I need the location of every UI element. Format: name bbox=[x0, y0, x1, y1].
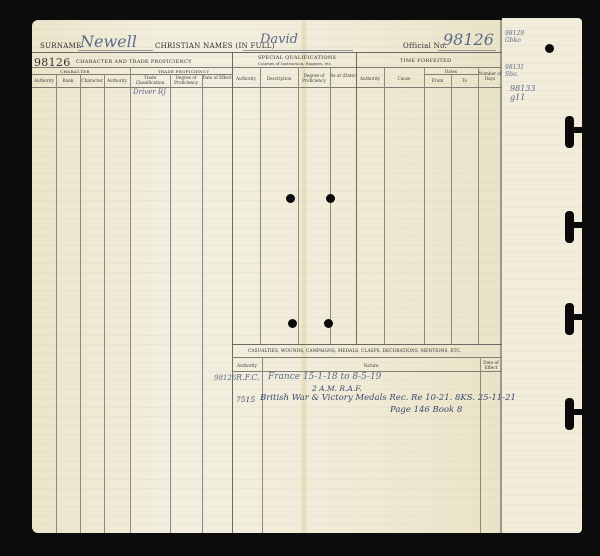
punch-hole-icon bbox=[326, 194, 335, 203]
christian-names-label: CHRISTIAN NAMES (in full) bbox=[155, 42, 275, 50]
col-divider bbox=[424, 67, 425, 344]
binder-clip-bar bbox=[570, 222, 584, 228]
surname-label: SURNAME bbox=[40, 42, 82, 50]
punch-hole-icon bbox=[286, 194, 295, 203]
sq-col-degree: Degree of Proficiency bbox=[298, 73, 330, 83]
cas-col-date: Date of Effect bbox=[480, 360, 502, 370]
margin-note: 98131 Sbo. bbox=[505, 64, 535, 78]
col-divider bbox=[130, 67, 131, 533]
binder-clip-bar bbox=[570, 409, 584, 415]
sq-col-authority: Authority bbox=[232, 76, 260, 81]
casualties-title: CASUALTIES, WOUNDS, CAMPAIGNS, MEDALS, C… bbox=[248, 349, 461, 354]
surname-value: Newell bbox=[80, 32, 137, 51]
christian-names-underline bbox=[243, 50, 353, 51]
tf-col-from: From bbox=[424, 78, 451, 83]
column-header-rule bbox=[32, 87, 502, 88]
col-divider bbox=[478, 67, 479, 344]
rule bbox=[232, 67, 356, 68]
header-rule bbox=[32, 52, 502, 53]
col-authority-2: Authority bbox=[104, 78, 130, 83]
punch-hole-icon bbox=[324, 319, 333, 328]
col-trade-classification: Trade Classification bbox=[130, 75, 170, 85]
official-no-label: Official No. bbox=[403, 42, 447, 50]
tf-col-authority: Authority bbox=[356, 76, 384, 81]
service-record-card bbox=[32, 20, 504, 533]
special-qualifications-subtitle: Courses of Instruction, Engines, etc. bbox=[234, 61, 356, 66]
col-divider bbox=[202, 74, 203, 533]
col-divider bbox=[384, 67, 385, 344]
tf-col-to: To bbox=[451, 78, 478, 83]
official-no-underline bbox=[438, 50, 496, 51]
casualty-nature: 2 A.M. R.A.F. bbox=[312, 384, 362, 393]
tf-col-cause: Cause bbox=[384, 76, 424, 81]
margin-note: 98133 g11 bbox=[510, 84, 540, 102]
casualties-top-rule bbox=[232, 344, 502, 345]
col-authority: Authority bbox=[32, 78, 56, 83]
casualty-nature: British War & Victory Medals Rec. Re 10-… bbox=[260, 393, 516, 403]
casualty-authority: 7515 bbox=[236, 395, 255, 404]
cas-col-authority: Authority bbox=[232, 363, 262, 368]
col-rank: Rank bbox=[56, 78, 80, 83]
col-divider bbox=[480, 357, 481, 533]
col-date-of-effect: Date of Effect bbox=[202, 75, 232, 80]
punch-hole-icon bbox=[288, 319, 297, 328]
time-forfeited-title: TIME FORFEITED bbox=[400, 58, 451, 64]
official-no-value: 98126 bbox=[443, 30, 494, 49]
col-degree-proficiency: Degree of Proficiency bbox=[170, 75, 202, 85]
col-divider bbox=[260, 67, 261, 344]
margin-note: 98129 Gbko bbox=[505, 30, 535, 44]
col-divider bbox=[104, 74, 105, 533]
section-divider bbox=[232, 52, 233, 533]
sq-col-as-at: As at (Date) bbox=[330, 73, 356, 78]
character-section-title: CHARACTER AND TRADE PROFICIENCY bbox=[76, 59, 192, 65]
col-divider bbox=[56, 74, 57, 533]
rule bbox=[356, 67, 502, 68]
binder-clip-bar bbox=[570, 127, 584, 133]
trade-classification-entry: Driver RJ bbox=[133, 88, 166, 96]
col-divider bbox=[262, 357, 263, 533]
surname-underline bbox=[78, 50, 153, 51]
col-divider bbox=[80, 74, 81, 533]
rule bbox=[32, 67, 232, 68]
punch-hole-icon bbox=[545, 44, 554, 53]
col-character: Character bbox=[80, 78, 104, 83]
col-divider bbox=[451, 74, 452, 344]
cas-col-nature: Nature bbox=[262, 363, 480, 368]
col-divider bbox=[298, 67, 299, 344]
section-divider bbox=[356, 52, 357, 344]
casualty-nature: Page 146 Book 8 bbox=[390, 405, 462, 415]
casualty-nature: France 15-1-18 to 8-5-19 bbox=[268, 372, 381, 382]
col-divider bbox=[330, 67, 331, 344]
col-divider bbox=[170, 74, 171, 533]
right-margin-rule bbox=[500, 20, 502, 533]
rule bbox=[232, 357, 502, 358]
christian-names-value: David bbox=[260, 32, 298, 47]
sq-col-description: Description bbox=[260, 76, 298, 81]
casualty-authority: R.F.C. bbox=[236, 373, 260, 382]
binder-clip-bar bbox=[570, 314, 584, 320]
center-fold bbox=[300, 20, 308, 533]
casualty-margin-number: 98126 bbox=[214, 374, 236, 382]
tf-col-days: Number of Days bbox=[478, 71, 502, 81]
